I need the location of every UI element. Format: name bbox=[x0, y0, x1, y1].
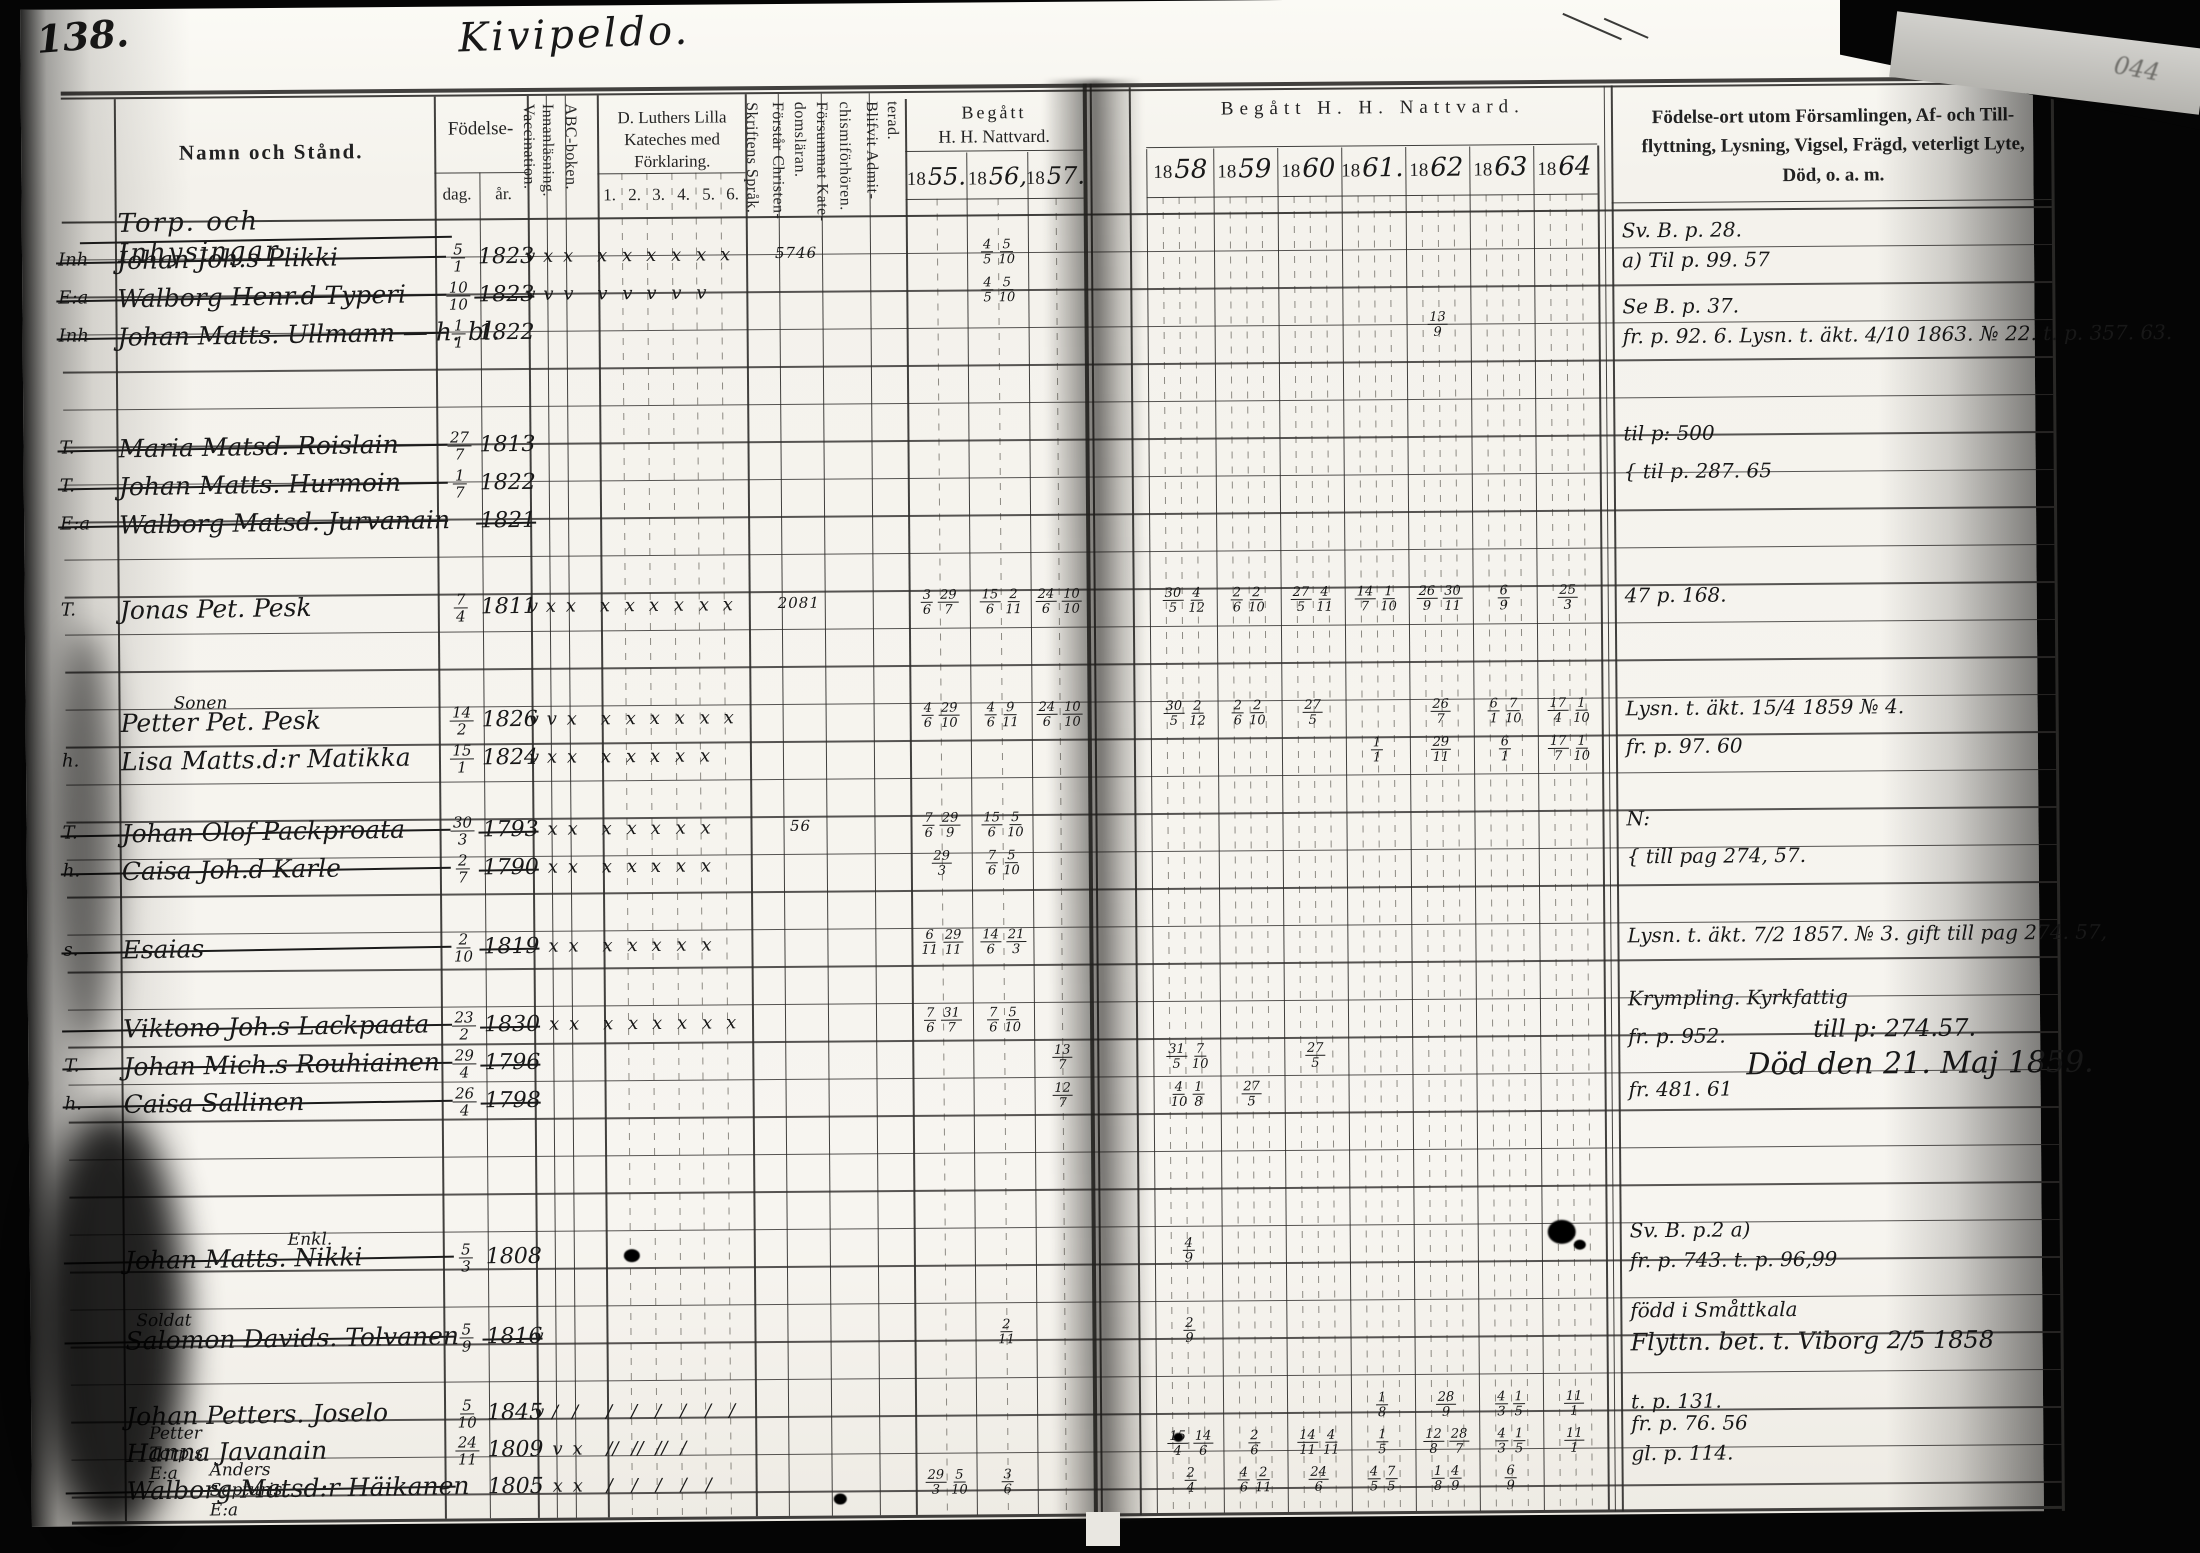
reading-mark: x bbox=[568, 857, 578, 878]
birth-year: 1809 bbox=[487, 1437, 539, 1462]
date-fraction: 49 bbox=[1183, 1237, 1196, 1265]
date-fraction: 232 bbox=[452, 1010, 475, 1042]
date-fraction: 294 bbox=[453, 1048, 476, 1080]
communion-dates: 315710 bbox=[1156, 1043, 1218, 1071]
grid-line bbox=[1405, 147, 1417, 1511]
date-fraction: 303 bbox=[451, 815, 474, 847]
reading-mark: / bbox=[706, 1475, 712, 1496]
communion-dates: 4315 bbox=[1479, 1390, 1541, 1418]
ink-blot bbox=[624, 1249, 640, 1262]
communion-dates: 69 bbox=[1473, 584, 1535, 612]
date-fraction: 36 bbox=[921, 589, 934, 617]
date-fraction: 1411 bbox=[1297, 1429, 1318, 1457]
year-printed-prefix: 18 bbox=[1281, 161, 1300, 182]
grid-subline bbox=[1374, 195, 1385, 1511]
reading-mark: v bbox=[528, 596, 538, 617]
date-fraction: 211 bbox=[1005, 588, 1022, 616]
communion-dates: 18 bbox=[1351, 1391, 1413, 1419]
year-printed-prefix: 18 bbox=[1537, 159, 1556, 180]
year-printed-prefix: 18 bbox=[1473, 159, 1492, 180]
reading-mark: / bbox=[552, 1402, 558, 1423]
communion-dates: 76317 bbox=[912, 1006, 974, 1034]
year-printed-prefix: 18 bbox=[1217, 161, 1236, 182]
birth-day: 264 bbox=[445, 1086, 485, 1118]
date-fraction: 46 bbox=[1238, 1466, 1251, 1494]
ink-blot bbox=[1548, 1220, 1576, 1244]
date-fraction: 297 bbox=[938, 589, 959, 617]
column-header-catechism-number: 4. bbox=[671, 185, 695, 205]
date-fraction: 210 bbox=[1249, 699, 1266, 727]
date-fraction: 305 bbox=[1163, 700, 1184, 728]
communion-dates: 45510 bbox=[967, 276, 1029, 304]
date-fraction: 2411 bbox=[456, 1435, 479, 1467]
column-header-vertical: Innanläsning. bbox=[539, 104, 556, 197]
birth-year: 1823 bbox=[478, 244, 530, 269]
communion-dates: 46911 bbox=[971, 701, 1033, 729]
year-printed-prefix: 18 bbox=[968, 168, 987, 189]
birth-year: 1793 bbox=[482, 817, 534, 842]
birth-day: 11 bbox=[439, 318, 479, 350]
communion-dates: 29 bbox=[1158, 1317, 1220, 1345]
birth-year: 1824 bbox=[482, 745, 534, 770]
birth-year: 1826 bbox=[482, 707, 534, 732]
reading-mark: x bbox=[626, 708, 636, 729]
date-fraction: 510 bbox=[1004, 1006, 1021, 1034]
date-fraction: 211 bbox=[1255, 1466, 1272, 1494]
date-fraction: 29 bbox=[1183, 1317, 1196, 1345]
date-fraction: 69 bbox=[1504, 1464, 1517, 1492]
communion-dates: 4315 bbox=[1479, 1427, 1541, 1455]
date-fraction: 210 bbox=[1248, 586, 1265, 614]
reading-mark: x bbox=[628, 1013, 638, 1034]
reading-mark: // bbox=[655, 1438, 667, 1459]
reading-mark: x bbox=[671, 245, 681, 266]
date-fraction: 76 bbox=[987, 1006, 1000, 1034]
communion-dates: 2911 bbox=[1410, 736, 1472, 764]
column-header-birth: Födelse- bbox=[434, 118, 527, 141]
birth-day: 151 bbox=[442, 743, 482, 775]
date-fraction: 76 bbox=[986, 849, 999, 877]
communion-dates: 36 bbox=[977, 1468, 1039, 1496]
birth-year: 1798 bbox=[485, 1088, 537, 1113]
reading-mark: x bbox=[627, 935, 637, 956]
date-fraction: 315 bbox=[1166, 1043, 1187, 1071]
column-header-catechism-number: 5. bbox=[696, 184, 720, 204]
grid-subline bbox=[1310, 196, 1321, 1512]
reading-mark: / bbox=[680, 1438, 686, 1459]
reading-mark: / bbox=[631, 1401, 637, 1422]
reading-mark: / bbox=[606, 1401, 612, 1422]
communion-dates: 76299 bbox=[910, 811, 972, 839]
reading-mark: x bbox=[572, 1439, 582, 1460]
communion-dates: 305212 bbox=[1154, 700, 1216, 728]
reading-mark: v bbox=[597, 283, 607, 304]
reading-mark: v bbox=[533, 1326, 543, 1347]
ink-blot bbox=[1173, 1433, 1183, 1442]
grid-subline bbox=[1550, 194, 1561, 1510]
grid-line bbox=[1277, 148, 1289, 1512]
date-fraction: 253 bbox=[1557, 584, 1578, 612]
reading-mark: / bbox=[655, 1401, 661, 1422]
birth-day: 17 bbox=[440, 468, 480, 500]
date-fraction: 411 bbox=[1323, 1429, 1340, 1457]
reading-mark: x bbox=[701, 935, 711, 956]
grid-subline bbox=[1326, 196, 1337, 1512]
reading-mark: x bbox=[696, 245, 706, 266]
reading-mark: v bbox=[696, 283, 706, 304]
column-header-year: 1864 bbox=[1530, 152, 1598, 183]
date-fraction: 11 bbox=[452, 318, 466, 350]
book-gutter-shadow bbox=[1043, 79, 1154, 1519]
year-handwritten-digits: 61. bbox=[1362, 153, 1404, 183]
reading-mark: v bbox=[646, 283, 656, 304]
grid-subline bbox=[1454, 195, 1465, 1511]
communion-dates: 293510 bbox=[916, 1468, 978, 1496]
date-fraction: 76 bbox=[924, 1007, 937, 1035]
year-handwritten-digits: 63 bbox=[1494, 152, 1527, 182]
reading-mark: x bbox=[700, 708, 710, 729]
date-fraction: 1010 bbox=[447, 280, 470, 312]
reading-mark: v bbox=[534, 1402, 544, 1423]
reading-mark: x bbox=[724, 707, 734, 728]
birth-year: 1819 bbox=[483, 934, 535, 959]
reading-mark: x bbox=[699, 595, 709, 616]
reading-mark: x bbox=[601, 818, 611, 839]
column-header-vertical: terad. bbox=[884, 101, 900, 140]
communion-dates: 267 bbox=[1410, 698, 1472, 726]
date-fraction: 49 bbox=[1449, 1465, 1462, 1493]
date-fraction: 275 bbox=[1291, 586, 1312, 614]
column-header-year: 1855. bbox=[902, 162, 970, 191]
date-fraction: 156 bbox=[980, 588, 1001, 616]
ledger-paper: 138. Kivipeldo. Namn och Stånd. Födelse-… bbox=[20, 0, 2044, 1527]
birth-year: 1811 bbox=[481, 594, 533, 619]
birth-day: 74 bbox=[441, 592, 481, 624]
note-line: til p: 500 bbox=[1623, 421, 1714, 446]
date-fraction: 75 bbox=[1385, 1465, 1398, 1493]
date-fraction: 2910 bbox=[939, 702, 960, 730]
reading-mark: / bbox=[680, 1401, 686, 1422]
communion-dates: 275 bbox=[1282, 699, 1344, 727]
reading-mark: x bbox=[726, 1012, 736, 1033]
column-header-vertical: chismiförhören. bbox=[836, 101, 853, 210]
date-fraction: 246 bbox=[1308, 1466, 1329, 1494]
year-handwritten-digits: 55. bbox=[928, 163, 966, 191]
reading-mark: / bbox=[681, 1475, 687, 1496]
grid-subline bbox=[1195, 197, 1206, 1513]
year-handwritten-digits: 60 bbox=[1302, 154, 1335, 184]
reading-mark: v bbox=[563, 284, 573, 305]
note-line: { till pag 274, 57. bbox=[1627, 843, 1806, 868]
birth-year: 1821 bbox=[480, 508, 532, 533]
reading-mark: x bbox=[569, 1014, 579, 1035]
birth-year: 1805 bbox=[488, 1474, 540, 1499]
year-handwritten-digits: 59 bbox=[1238, 154, 1271, 184]
mid-column-note: 56 bbox=[776, 817, 824, 835]
date-fraction: 2911 bbox=[1431, 736, 1452, 764]
date-fraction: 146 bbox=[980, 928, 1001, 956]
date-fraction: 510 bbox=[457, 1398, 476, 1430]
date-fraction: 51 bbox=[451, 242, 465, 274]
grid-subline bbox=[1518, 194, 1529, 1510]
date-fraction: 911 bbox=[1002, 701, 1019, 729]
reading-mark: x bbox=[601, 708, 611, 729]
communion-dates: 275 bbox=[1284, 1042, 1346, 1070]
reading-mark: x bbox=[646, 245, 656, 266]
birth-day: 303 bbox=[442, 815, 482, 847]
grid-line bbox=[1146, 144, 1597, 149]
reading-mark: x bbox=[548, 936, 558, 957]
note-line: Sv. B. p. 28. bbox=[1622, 217, 1742, 242]
column-header-year: 1858 bbox=[1146, 155, 1214, 186]
communion-dates: 111 bbox=[1543, 1390, 1605, 1418]
birth-day: 294 bbox=[444, 1048, 484, 1080]
communion-dates: 1411411 bbox=[1287, 1429, 1349, 1457]
date-fraction: 111 bbox=[1564, 1427, 1585, 1455]
communion-dates: 211 bbox=[975, 1318, 1037, 1346]
reading-mark: v bbox=[543, 284, 553, 305]
date-fraction: 147 bbox=[1355, 585, 1376, 613]
communion-dates: 275 bbox=[1221, 1080, 1283, 1108]
reading-mark: x bbox=[720, 244, 730, 265]
birth-year: 1813 bbox=[479, 432, 531, 457]
date-fraction: 510 bbox=[1007, 811, 1024, 839]
communion-dates: 462910 bbox=[910, 701, 972, 729]
grid-subline bbox=[671, 173, 683, 1517]
reading-mark: x bbox=[625, 595, 635, 616]
date-fraction: 269 bbox=[1417, 585, 1438, 613]
column-header-vertical: Skriftens Språk. bbox=[743, 102, 760, 213]
reading-mark: x bbox=[674, 595, 684, 616]
ink-blot bbox=[1574, 1240, 1586, 1250]
reading-mark: x bbox=[549, 1014, 559, 1035]
column-header-year: 1862 bbox=[1402, 153, 1470, 184]
date-fraction: 275 bbox=[1302, 699, 1323, 727]
reading-mark: x bbox=[649, 595, 659, 616]
grid-subline bbox=[1438, 195, 1449, 1511]
communion-dates: 293 bbox=[911, 849, 973, 877]
communion-dates: 24 bbox=[1160, 1467, 1222, 1495]
communion-dates: 147110 bbox=[1345, 585, 1407, 613]
reading-mark: x bbox=[602, 856, 612, 877]
year-printed-prefix: 18 bbox=[1409, 160, 1428, 181]
date-fraction: 174 bbox=[1547, 697, 1568, 725]
date-fraction: 46 bbox=[922, 702, 935, 730]
communion-dates: 2693011 bbox=[1409, 585, 1471, 613]
date-fraction: 111 bbox=[1564, 1390, 1585, 1418]
reading-mark: v bbox=[525, 284, 535, 305]
date-fraction: 74 bbox=[454, 592, 468, 624]
scan-scratch bbox=[1563, 13, 1622, 40]
reading-mark: v bbox=[525, 246, 535, 267]
year-handwritten-digits: 58 bbox=[1174, 155, 1207, 185]
column-header-catechism-number: 3. bbox=[646, 185, 670, 205]
grid-subline bbox=[621, 173, 633, 1517]
communion-dates: 76510 bbox=[972, 849, 1034, 877]
date-fraction: 275 bbox=[1241, 1080, 1262, 1108]
date-fraction: 128 bbox=[1423, 1428, 1444, 1456]
birth-year: 1816 bbox=[486, 1324, 538, 1349]
communion-dates: 128287 bbox=[1415, 1428, 1477, 1456]
communion-dates: 139 bbox=[1406, 311, 1468, 339]
note-line: Se B. p. 37. bbox=[1622, 293, 1739, 318]
note-line: Krympling. Kyrkfattig bbox=[1628, 985, 1848, 1011]
date-fraction: 510 bbox=[1003, 849, 1020, 877]
grid-subline bbox=[1246, 196, 1257, 1512]
date-fraction: 36 bbox=[1001, 1468, 1014, 1496]
column-header-catechism-number: 6. bbox=[720, 184, 744, 204]
date-fraction: 293 bbox=[931, 850, 952, 878]
date-fraction: 289 bbox=[1436, 1391, 1457, 1419]
right-edge-shadow bbox=[1875, 0, 2044, 1512]
date-fraction: 76 bbox=[922, 812, 935, 840]
mid-column-note: 5746 bbox=[772, 244, 820, 262]
reading-mark: // bbox=[631, 1438, 643, 1459]
date-fraction: 212 bbox=[1189, 700, 1206, 728]
communion-dates: 61 bbox=[1474, 735, 1536, 763]
table-grid: Vaccination.Innanläsning.ABC-boken.Skrif… bbox=[20, 0, 2032, 10]
date-fraction: 287 bbox=[1449, 1428, 1470, 1456]
birth-day: 510 bbox=[447, 1398, 487, 1430]
reading-mark: x bbox=[543, 246, 553, 267]
reading-mark: v bbox=[671, 283, 681, 304]
date-fraction: 18 bbox=[1192, 1081, 1205, 1109]
date-fraction: 277 bbox=[448, 430, 471, 462]
column-header-vertical: Vaccination. bbox=[520, 104, 537, 190]
grid-subline bbox=[1566, 194, 1577, 1510]
note-line: fr. p. 76. 56 bbox=[1631, 1410, 1748, 1435]
reading-mark: v bbox=[552, 1439, 562, 1460]
reading-mark: x bbox=[603, 1013, 613, 1034]
year-printed-prefix: 18 bbox=[1153, 162, 1172, 183]
date-fraction: 11 bbox=[1371, 736, 1384, 764]
reading-mark: / bbox=[632, 1475, 638, 1496]
date-fraction: 45 bbox=[981, 238, 994, 266]
birth-day: 142 bbox=[442, 705, 482, 737]
date-fraction: 15 bbox=[1513, 1427, 1526, 1455]
note-line: fr. 481. 61 bbox=[1629, 1077, 1733, 1102]
year-printed-prefix: 18 bbox=[1026, 168, 1045, 189]
communion-dates: 4575 bbox=[1352, 1465, 1414, 1493]
communion-dates: 111 bbox=[1543, 1427, 1605, 1455]
reading-mark: x bbox=[700, 818, 710, 839]
communion-dates: 289 bbox=[1415, 1391, 1477, 1419]
grid-subline bbox=[646, 173, 658, 1517]
year-printed-prefix: 18 bbox=[907, 169, 926, 190]
column-header-vertical: Förstår Christen- bbox=[769, 102, 786, 219]
page-title: Kivipeldo. bbox=[458, 8, 691, 62]
reading-mark: x bbox=[547, 747, 557, 768]
reading-mark: / bbox=[607, 1475, 613, 1496]
reading-mark: v bbox=[529, 709, 539, 730]
communion-dates: 11 bbox=[1346, 736, 1408, 764]
communion-dates: 15 bbox=[1351, 1428, 1413, 1456]
reading-mark: x bbox=[650, 708, 660, 729]
communion-dates: 174110 bbox=[1538, 697, 1600, 725]
reading-mark: v bbox=[547, 709, 557, 730]
note-line: gl. p. 114. bbox=[1631, 1441, 1733, 1466]
column-header-vertical: ABC-boken. bbox=[562, 104, 579, 190]
reading-mark: x bbox=[676, 856, 686, 877]
ink-blot bbox=[834, 1493, 847, 1504]
communion-dates: 49 bbox=[1158, 1237, 1220, 1265]
birth-year: 1790 bbox=[483, 855, 535, 880]
reading-mark: x bbox=[675, 708, 685, 729]
date-fraction: 26 bbox=[1232, 699, 1245, 727]
grid-subline bbox=[1294, 196, 1305, 1512]
date-fraction: 305 bbox=[1163, 587, 1184, 615]
note-line: fr. p. 97. 60 bbox=[1626, 733, 1743, 758]
scanned-ledger-page: 138. Kivipeldo. Namn och Stånd. Födelse-… bbox=[0, 0, 2200, 1553]
date-fraction: 264 bbox=[453, 1086, 476, 1118]
reading-mark: x bbox=[602, 935, 612, 956]
birth-day: 53 bbox=[446, 1242, 486, 1274]
birth-day: 27 bbox=[443, 853, 483, 885]
communion-dates: 177110 bbox=[1538, 735, 1600, 763]
reading-mark: x bbox=[702, 1013, 712, 1034]
reading-mark: x bbox=[650, 746, 660, 767]
reading-mark: x bbox=[650, 818, 660, 839]
reading-mark: x bbox=[566, 596, 576, 617]
reading-mark: x bbox=[651, 935, 661, 956]
grid-line bbox=[1533, 146, 1545, 1510]
date-fraction: 15 bbox=[1512, 1390, 1525, 1418]
date-fraction: 412 bbox=[1188, 587, 1205, 615]
date-fraction: 411 bbox=[1316, 586, 1333, 614]
birth-year: 1823 bbox=[478, 282, 530, 307]
birth-year: 1822 bbox=[480, 470, 532, 495]
date-fraction: 151 bbox=[450, 743, 473, 775]
date-fraction: 267 bbox=[1430, 698, 1451, 726]
date-fraction: 510 bbox=[951, 1469, 968, 1497]
date-fraction: 299 bbox=[940, 812, 961, 840]
communion-dates: 6112911 bbox=[911, 928, 973, 956]
birth-day: 59 bbox=[446, 1322, 486, 1354]
note-line: 47 p. 168. bbox=[1625, 583, 1727, 608]
date-fraction: 61 bbox=[1499, 735, 1512, 763]
reading-mark: / bbox=[572, 1402, 578, 1423]
column-header-year: 1860 bbox=[1274, 154, 1342, 185]
birth-day: 277 bbox=[439, 430, 479, 462]
date-fraction: 43 bbox=[1495, 1390, 1508, 1418]
birth-year: 1808 bbox=[486, 1244, 538, 1269]
reading-mark: x bbox=[547, 819, 557, 840]
date-fraction: 710 bbox=[1192, 1043, 1209, 1071]
communion-dates: 156211 bbox=[970, 588, 1032, 616]
grid-line bbox=[1597, 146, 1610, 1510]
date-fraction: 53 bbox=[459, 1242, 473, 1274]
corner-page-number: 044 bbox=[2112, 51, 2162, 87]
date-fraction: 45 bbox=[981, 276, 994, 304]
communion-dates: 69 bbox=[1480, 1464, 1542, 1492]
date-fraction: 211 bbox=[998, 1318, 1015, 1346]
communion-dates: 36297 bbox=[909, 588, 971, 616]
date-fraction: 69 bbox=[1497, 584, 1510, 612]
communion-dates: 1849 bbox=[1416, 1465, 1478, 1493]
communion-dates: 45510 bbox=[967, 238, 1029, 266]
note-line: t. p. 131. bbox=[1631, 1389, 1722, 1414]
communion-dates: 246 bbox=[1288, 1466, 1350, 1494]
note-line: född i Småttkala bbox=[1630, 1297, 1797, 1322]
birth-day: 2411 bbox=[447, 1435, 487, 1467]
reading-mark: x bbox=[597, 245, 607, 266]
ledger-rows: Torp. och InhysingarInhJohan Joh.s Plikk… bbox=[20, 0, 2032, 10]
communion-dates: 61710 bbox=[1474, 697, 1536, 725]
reading-mark: x bbox=[701, 856, 711, 877]
date-fraction: 611 bbox=[921, 929, 938, 957]
communion-dates: 26210 bbox=[1218, 699, 1280, 727]
birth-day: 1010 bbox=[438, 280, 478, 312]
